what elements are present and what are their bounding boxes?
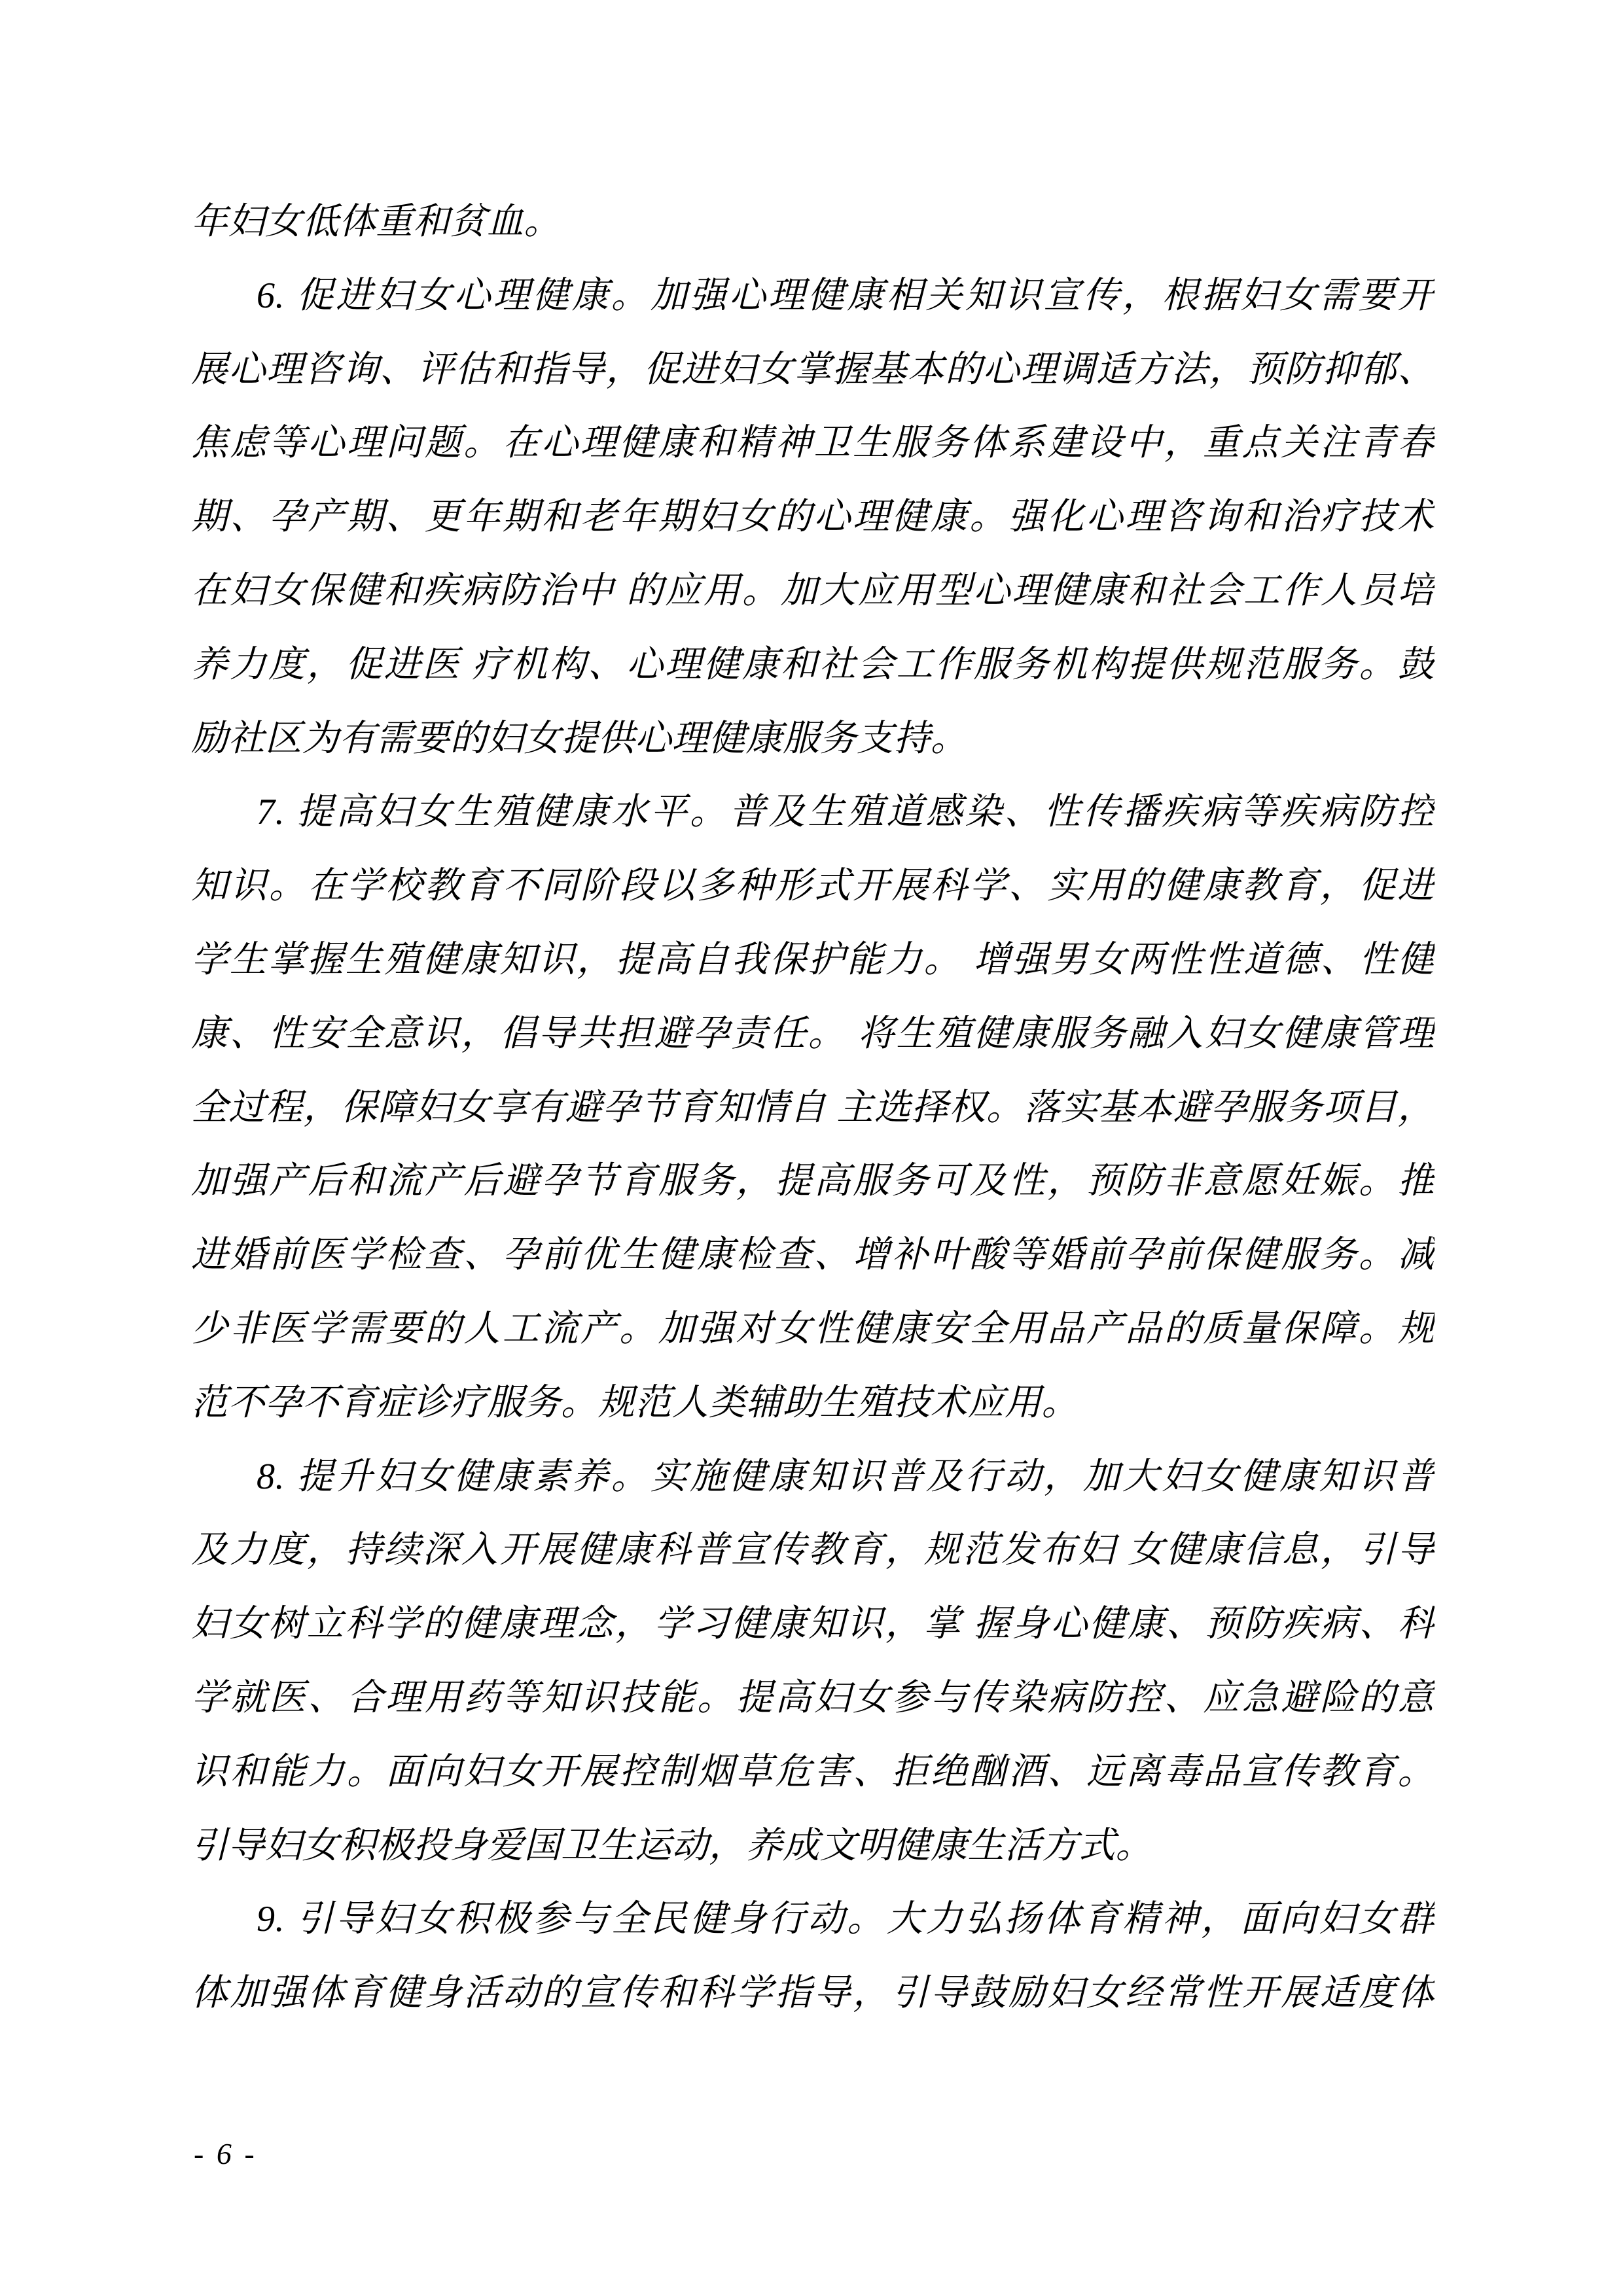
- page-number: - 6 -: [194, 2134, 257, 2174]
- doc-line: 体加强体育健身活动的宣传和科学指导，引导鼓励妇女经常性开展适度体: [191, 1956, 1435, 2030]
- doc-line: 进婚前医学检查、孕前优生健康检查、增补叶酸等婚前孕前保健服务。减: [191, 1218, 1435, 1292]
- doc-line: 学就医、合理用药等知识技能。提高妇女参与传染病防控、应急避险的意: [191, 1661, 1435, 1735]
- doc-line: 在妇女保健和疾病防治中 的应用。加大应用型心理健康和社会工作人员培: [191, 554, 1435, 628]
- doc-line: 学生掌握生殖健康知识，提高自我保护能力。 增强男女两性性道德、性健: [191, 923, 1435, 997]
- doc-line-item-8: 8. 提升妇女健康素养。实施健康知识普及行动，加大妇女健康知识普: [191, 1440, 1435, 1514]
- doc-line: 年妇女低体重和贫血。: [191, 185, 1435, 259]
- doc-line: 范不孕不育症诊疗服务。规范人类辅助生殖技术应用。: [191, 1366, 1435, 1440]
- doc-line: 妇女树立科学的健康理念，学习健康知识，掌 握身心健康、预防疾病、科: [191, 1587, 1435, 1661]
- doc-line: 焦虑等心理问题。在心理健康和精神卫生服务体系建设中，重点关注青春: [191, 406, 1435, 480]
- doc-line: 励社区为有需要的妇女提供心理健康服务支持。: [191, 702, 1435, 776]
- doc-line: 及力度，持续深入开展健康科普宣传教育，规范发布妇 女健康信息，引导: [191, 1513, 1435, 1587]
- doc-line: 养力度，促进医 疗机构、心理健康和社会工作服务机构提供规范服务。鼓: [191, 628, 1435, 702]
- doc-line-item-7: 7. 提高妇女生殖健康水平。普及生殖道感染、性传播疾病等疾病防控: [191, 775, 1435, 849]
- doc-line: 知识。在学校教育不同阶段以多种形式开展科学、实用的健康教育，促进: [191, 849, 1435, 923]
- doc-line-item-6: 6. 促进妇女心理健康。加强心理健康相关知识宣传，根据妇女需要开: [191, 259, 1435, 333]
- document-page: 年妇女低体重和贫血。 6. 促进妇女心理健康。加强心理健康相关知识宣传，根据妇女…: [0, 0, 1623, 2296]
- doc-line: 加强产后和流产后避孕节育服务，提高服务可及性，预防非意愿妊娠。推: [191, 1144, 1435, 1218]
- document-body: 年妇女低体重和贫血。 6. 促进妇女心理健康。加强心理健康相关知识宣传，根据妇女…: [191, 185, 1435, 2030]
- doc-line: 少非医学需要的人工流产。加强对女性健康安全用品产品的质量保障。规: [191, 1292, 1435, 1366]
- doc-line-item-9: 9. 引导妇女积极参与全民健身行动。大力弘扬体育精神，面向妇女群: [191, 1882, 1435, 1956]
- doc-line: 期、孕产期、更年期和老年期妇女的心理健康。强化心理咨询和治疗技术: [191, 480, 1435, 554]
- doc-line: 引导妇女积极投身爱国卫生运动，养成文明健康生活方式。: [191, 1809, 1435, 1883]
- doc-line: 全过程，保障妇女享有避孕节育知情自 主选择权。落实基本避孕服务项目，: [191, 1071, 1435, 1145]
- doc-line: 康、性安全意识，倡导共担避孕责任。 将生殖健康服务融入妇女健康管理: [191, 997, 1435, 1071]
- doc-line: 识和能力。面向妇女开展控制烟草危害、拒绝酗酒、远离毒品宣传教育。: [191, 1735, 1435, 1809]
- doc-line: 展心理咨询、评估和指导，促进妇女掌握基本的心理调适方法，预防抑郁、: [191, 333, 1435, 407]
